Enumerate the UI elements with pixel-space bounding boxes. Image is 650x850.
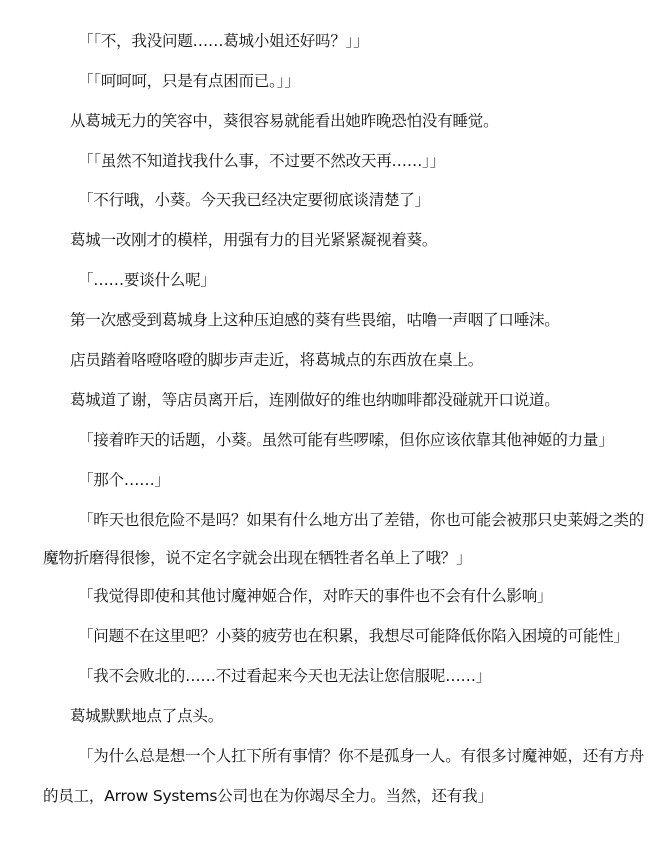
narration-line: 葛城道了谢，等店员离开后，连刚做好的维也纳咖啡都没碰就开口说道。 [70, 390, 560, 410]
dialogue-line: 「「不，我没问题……葛城小姐还好吗？」」 [78, 31, 369, 51]
dialogue-line: 「不行哦，小葵。今天我已经决定要彻底谈清楚了」 [78, 190, 430, 210]
dialogue-continuation-line: 魔物折磨得很惨，说不定名字就会出现在牺牲者名单上了哦？」 [43, 548, 471, 568]
document-page: 「「不，我没问题……葛城小姐还好吗？」」 「「呵呵呵，只是有点困而已。」」 从葛… [0, 0, 650, 850]
dialogue-line: 「昨天也很危险不是吗？如果有什么地方出了差错，你也可能会被那只史莱姆之类的 [78, 510, 644, 530]
dialogue-line: 「「呵呵呵，只是有点困而已。」」 [78, 71, 300, 91]
narration-line: 葛城默默地点了点头。 [70, 706, 223, 726]
narration-line: 第一次感受到葛城身上这种压迫感的葵有些畏缩，咕噜一声咽了口唾沫。 [70, 310, 560, 330]
dialogue-line: 「……要谈什么呢」 [78, 270, 216, 290]
dialogue-line: 「问题不在这里吧？小葵的疲劳也在积累，我想尽可能降低你陷入困境的可能性」 [78, 626, 629, 646]
dialogue-line: 「那个……」 [78, 470, 170, 490]
narration-line: 店员踏着咯噔咯噔的脚步声走近，将葛城点的东西放在桌上。 [70, 350, 483, 370]
narration-line: 从葛城无力的笑容中，葵很容易就能看出她昨晚恐怕没有睡觉。 [70, 111, 498, 131]
dialogue-continuation-line: 的员工，Arrow Systems公司也在为你竭尽全力。当然，还有我」 [43, 786, 493, 806]
dialogue-line: 「我觉得即使和其他讨魔神姬合作，对昨天的事件也不会有什么影响」 [78, 586, 552, 606]
dialogue-line: 「我不会败北的……不过看起来今天也无法让您信服呢……」 [78, 666, 491, 686]
dialogue-line: 「为什么总是想一个人扛下所有事情？你不是孤身一人。有很多讨魔神姬，还有方舟 [78, 746, 644, 766]
dialogue-line: 「「虽然不知道找我什么事，不过要不然改天再……」」 [78, 151, 445, 171]
dialogue-line: 「接着昨天的话题，小葵。虽然可能有些啰嗦，但你应该依靠其他神姬的力量」 [78, 430, 614, 450]
narration-line: 葛城一改刚才的模样，用强有力的目光紧紧凝视着葵。 [70, 230, 437, 250]
